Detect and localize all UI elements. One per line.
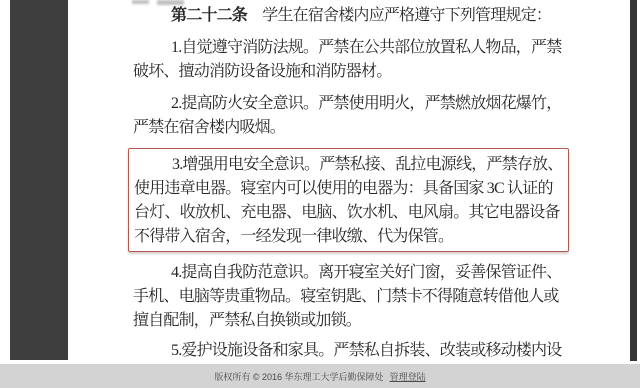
text-line: 使用违章电器。寝室内可以使用的电器为：具备国家 3C 认证的: [134, 177, 568, 201]
text-line: 台灯、收放机、充电器、电脑、饮水机、电风扇。其它电器设备: [134, 201, 568, 225]
text-line: 第二十二条 学生在宿舍楼内应严格遵守下列管理规定：: [133, 4, 585, 28]
right-dark-bar: [630, 0, 637, 361]
article-22-heading: 第二十二条 学生在宿舍楼内应严格遵守下列管理规定：: [133, 4, 585, 28]
rule-4: 4.提高自我防范意识。离开寝室关好门窗，妥善保管证件、手机、电脑等贵重物品。寝室…: [133, 261, 585, 333]
text-line: 破坏、擅动消防设备设施和消防器材。: [133, 60, 585, 84]
rule-1: 1.自觉遵守消防法规。严禁在公共部位放置私人物品，严禁破坏、擅动消防设备设施和消…: [133, 36, 585, 84]
text-line: 擅自配制，严禁私自换锁或加锁。: [133, 309, 585, 333]
text-line: 手机、电脑等贵重物品。寝室钥匙、门禁卡不得随意转借他人或: [133, 285, 585, 309]
article-number: 第二十二条: [171, 7, 247, 24]
text-line: 严禁在宿舍楼内吸烟。: [133, 116, 585, 140]
copyright-text: 版权所有 © 2016 华东理工大学后勤保障处: [214, 370, 383, 383]
text-line: 5.爱护设施设备和家具。严禁私自拆装、改装或移动楼内设: [133, 339, 585, 363]
rule-5: 5.爱护设施设备和家具。严禁私自拆装、改装或移动楼内设: [133, 339, 585, 363]
text-line: 2.提高防火安全意识。严禁使用明火，严禁燃放烟花爆竹，: [133, 92, 585, 116]
highlight-box: 3.增强用电安全意识。严禁私接、乱拉电源线，严禁存放、使用违章电器。寝室内可以使…: [128, 148, 569, 252]
text-line: 3.增强用电安全意识。严禁私接、乱拉电源线，严禁存放、: [134, 153, 568, 177]
text-line: 1.自觉遵守消防法规。严禁在公共部位放置私人物品，严禁: [133, 36, 585, 60]
rule-2: 2.提高防火安全意识。严禁使用明火，严禁燃放烟花爆竹，严禁在宿舍楼内吸烟。: [133, 92, 585, 140]
text-line: 不得带入宿舍，一经发现一律收缴、代为保管。: [134, 225, 568, 249]
left-dark-panel: [10, 0, 68, 360]
footer: 版权所有 © 2016 华东理工大学后勤保障处 管理登陆: [0, 364, 640, 388]
regulation-document: 第二十二条 学生在宿舍楼内应严格遵守下列管理规定：1.自觉遵守消防法规。严禁在公…: [133, 0, 585, 363]
page: 第二十二条 学生在宿舍楼内应严格遵守下列管理规定：1.自觉遵守消防法规。严禁在公…: [0, 0, 640, 388]
text-line: 4.提高自我防范意识。离开寝室关好门窗，妥善保管证件、: [133, 261, 585, 285]
admin-login-link[interactable]: 管理登陆: [390, 370, 426, 383]
